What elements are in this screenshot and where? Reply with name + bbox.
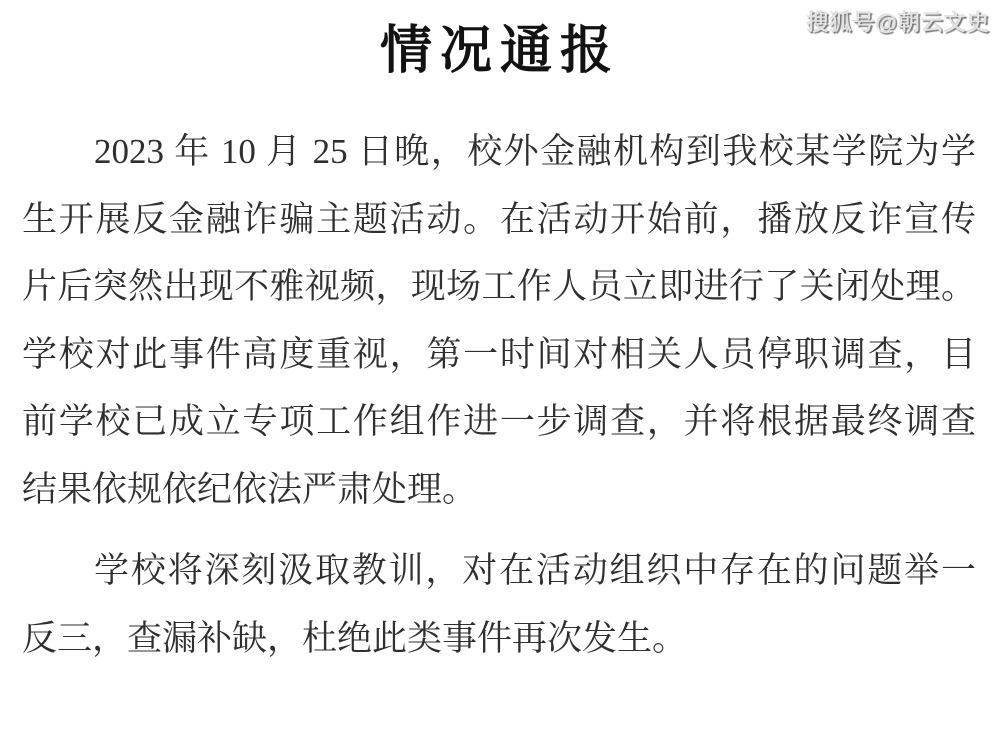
body-line: 结果依规依纪依法严肃处理。: [22, 456, 976, 524]
body-line: 前学校已成立专项工作组作进一步调查，并将根据最终调查: [22, 388, 976, 456]
body-line: 学校对此事件高度重视，第一时间对相关人员停职调查，目: [22, 321, 976, 389]
body-line: 学校将深刻汲取教训，对在活动组织中存在的问题举一: [22, 537, 976, 605]
sohu-watermark: 搜狐号@朝云文史: [807, 6, 990, 37]
body-line: 片后突然出现不雅视频，现场工作人员立即进行了关闭处理。: [22, 253, 976, 321]
document-body: 2023 年 10 月 25 日晚，校外金融机构到我校某学院为学 生开展反金融诈…: [22, 118, 976, 672]
body-line: 2023 年 10 月 25 日晚，校外金融机构到我校某学院为学: [22, 118, 976, 186]
paragraph-1: 2023 年 10 月 25 日晚，校外金融机构到我校某学院为学 生开展反金融诈…: [22, 118, 976, 523]
body-line: 反三，查漏补缺，杜绝此类事件再次发生。: [22, 605, 976, 673]
paragraph-2: 学校将深刻汲取教训，对在活动组织中存在的问题举一 反三，查漏补缺，杜绝此类事件再…: [22, 537, 976, 672]
body-line: 生开展反金融诈骗主题活动。在活动开始前，播放反诈宣传: [22, 186, 976, 254]
notice-document: 搜狐号@朝云文史 情况通报 2023 年 10 月 25 日晚，校外金融机构到我…: [0, 0, 1000, 753]
